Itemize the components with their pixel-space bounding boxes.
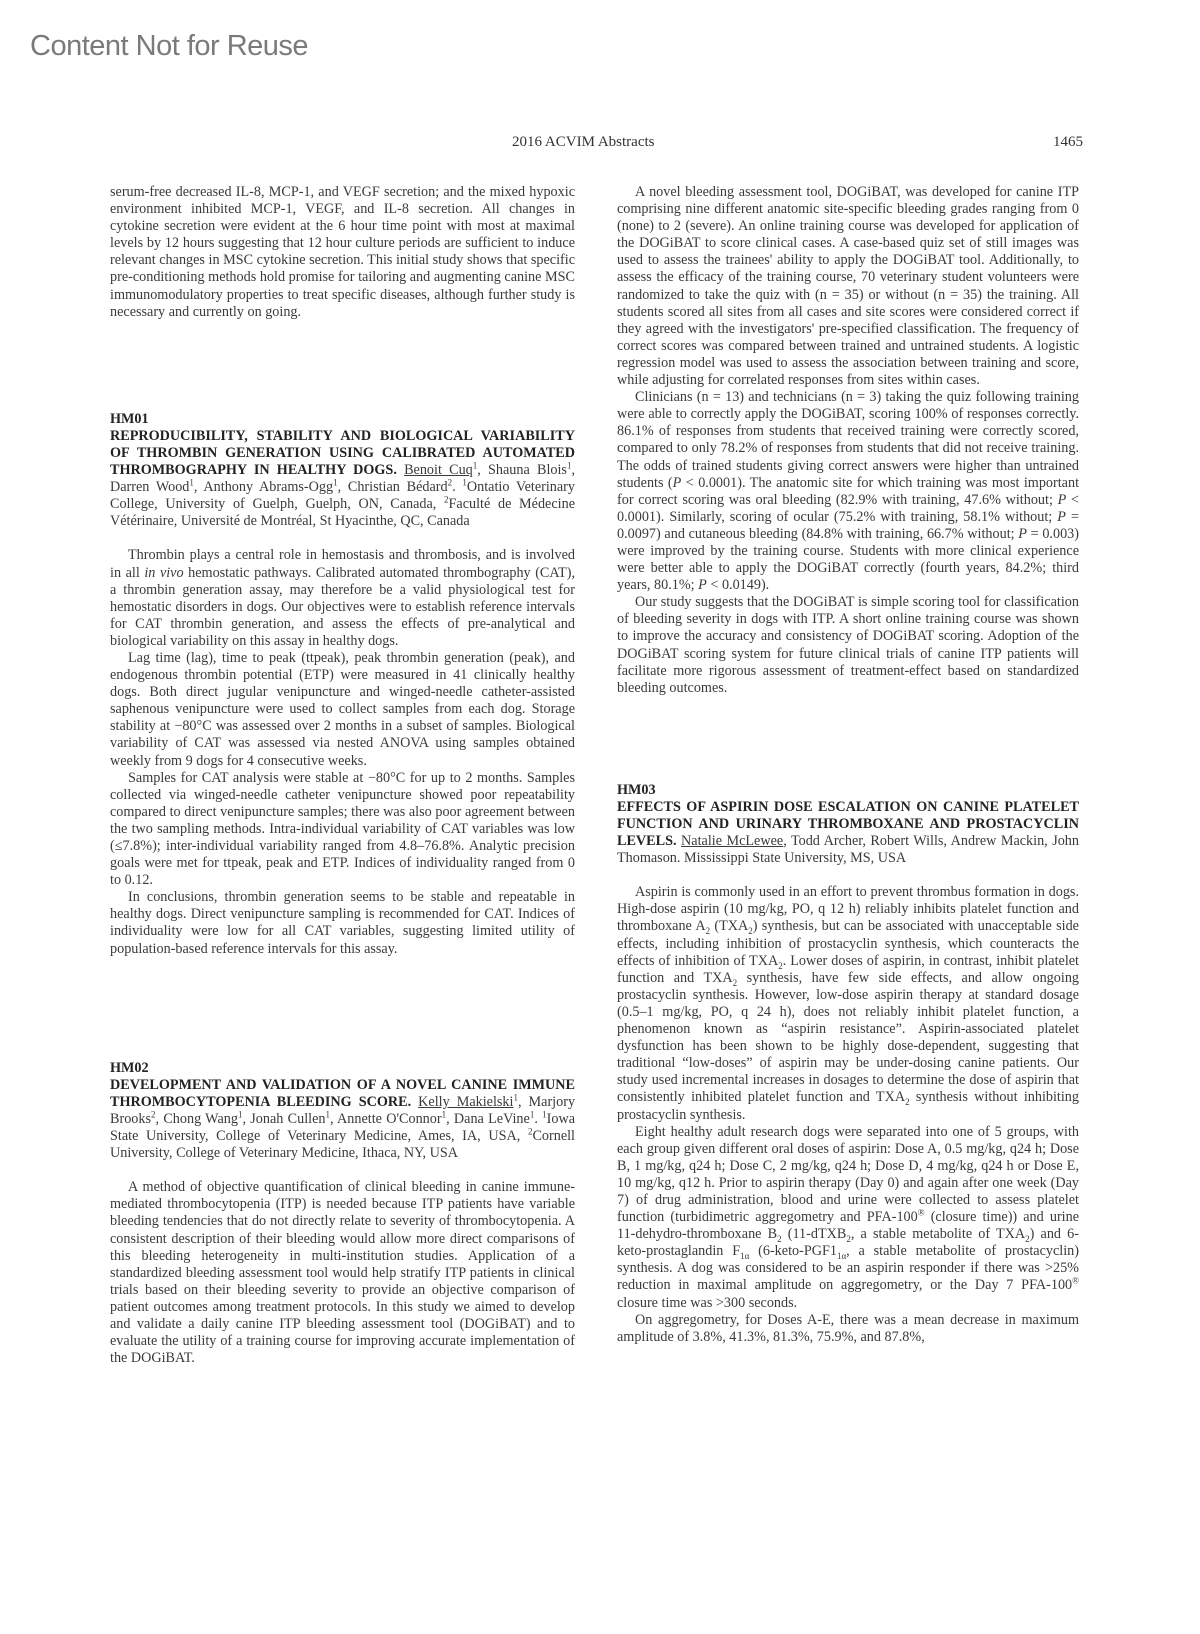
continued-paragraph: serum-free decreased IL-8, MCP-1, and VE… — [110, 184, 575, 321]
paragraph: Aspirin is commonly used in an effort to… — [617, 884, 1079, 1123]
author: Annette O'Connor — [337, 1111, 442, 1127]
presenting-author: Kelly Makielski — [418, 1094, 513, 1110]
author: Christian Bédard — [348, 479, 448, 495]
abstract-id: HM02 — [110, 1060, 575, 1077]
author: Dana LeVine — [454, 1111, 530, 1127]
author: Darren Wood — [110, 479, 189, 495]
journal-title: 2016 ACVIM Abstracts — [512, 134, 655, 151]
page-number: 1465 — [1053, 134, 1083, 151]
abstract-hm02: HM02 DEVELOPMENT AND VALIDATION OF A NOV… — [110, 1060, 575, 1368]
paragraph: Lag time (lag), time to peak (ttpeak), p… — [110, 650, 575, 770]
abstract-hm01: HM01 REPRODUCIBILITY, STABILITY AND BIOL… — [110, 411, 575, 958]
abstract-heading: REPRODUCIBILITY, STABILITY AND BIOLOGICA… — [110, 428, 575, 531]
abstract-hm03: HM03 EFFECTS OF ASPIRIN DOSE ESCALATION … — [617, 782, 1079, 1346]
paragraph: Thrombin plays a central role in hemosta… — [110, 547, 575, 650]
author: Shauna Blois — [488, 462, 567, 478]
right-column: A novel bleeding assessment tool, DOGiBA… — [617, 184, 1079, 1346]
left-column: serum-free decreased IL-8, MCP-1, and VE… — [110, 184, 575, 1367]
abstract-heading: EFFECTS OF ASPIRIN DOSE ESCALATION ON CA… — [617, 799, 1079, 867]
watermark: Content Not for Reuse — [30, 30, 308, 63]
abstract-heading: DEVELOPMENT AND VALIDATION OF A NOVEL CA… — [110, 1077, 575, 1162]
abstract-id: HM01 — [110, 411, 575, 428]
presenting-author: Benoit Cuq — [404, 462, 473, 478]
abstract-id: HM03 — [617, 782, 1079, 799]
paragraph: Samples for CAT analysis were stable at … — [110, 770, 575, 890]
author: Jonah Cullen — [250, 1111, 325, 1127]
paragraph: A method of objective quantification of … — [110, 1179, 575, 1367]
author: Anthony Abrams-Ogg — [203, 479, 333, 495]
author: Chong Wang — [163, 1111, 238, 1127]
paragraph: Clinicians (n = 13) and technicians (n =… — [617, 389, 1079, 594]
paragraph: In conclusions, thrombin generation seem… — [110, 889, 575, 957]
paragraph: Eight healthy adult research dogs were s… — [617, 1124, 1079, 1312]
presenting-author: Natalie McLewee — [681, 833, 783, 849]
paragraph: Our study suggests that the DOGiBAT is s… — [617, 594, 1079, 697]
paragraph: A novel bleeding assessment tool, DOGiBA… — [617, 184, 1079, 389]
paragraph: On aggregometry, for Doses A-E, there wa… — [617, 1312, 1079, 1346]
